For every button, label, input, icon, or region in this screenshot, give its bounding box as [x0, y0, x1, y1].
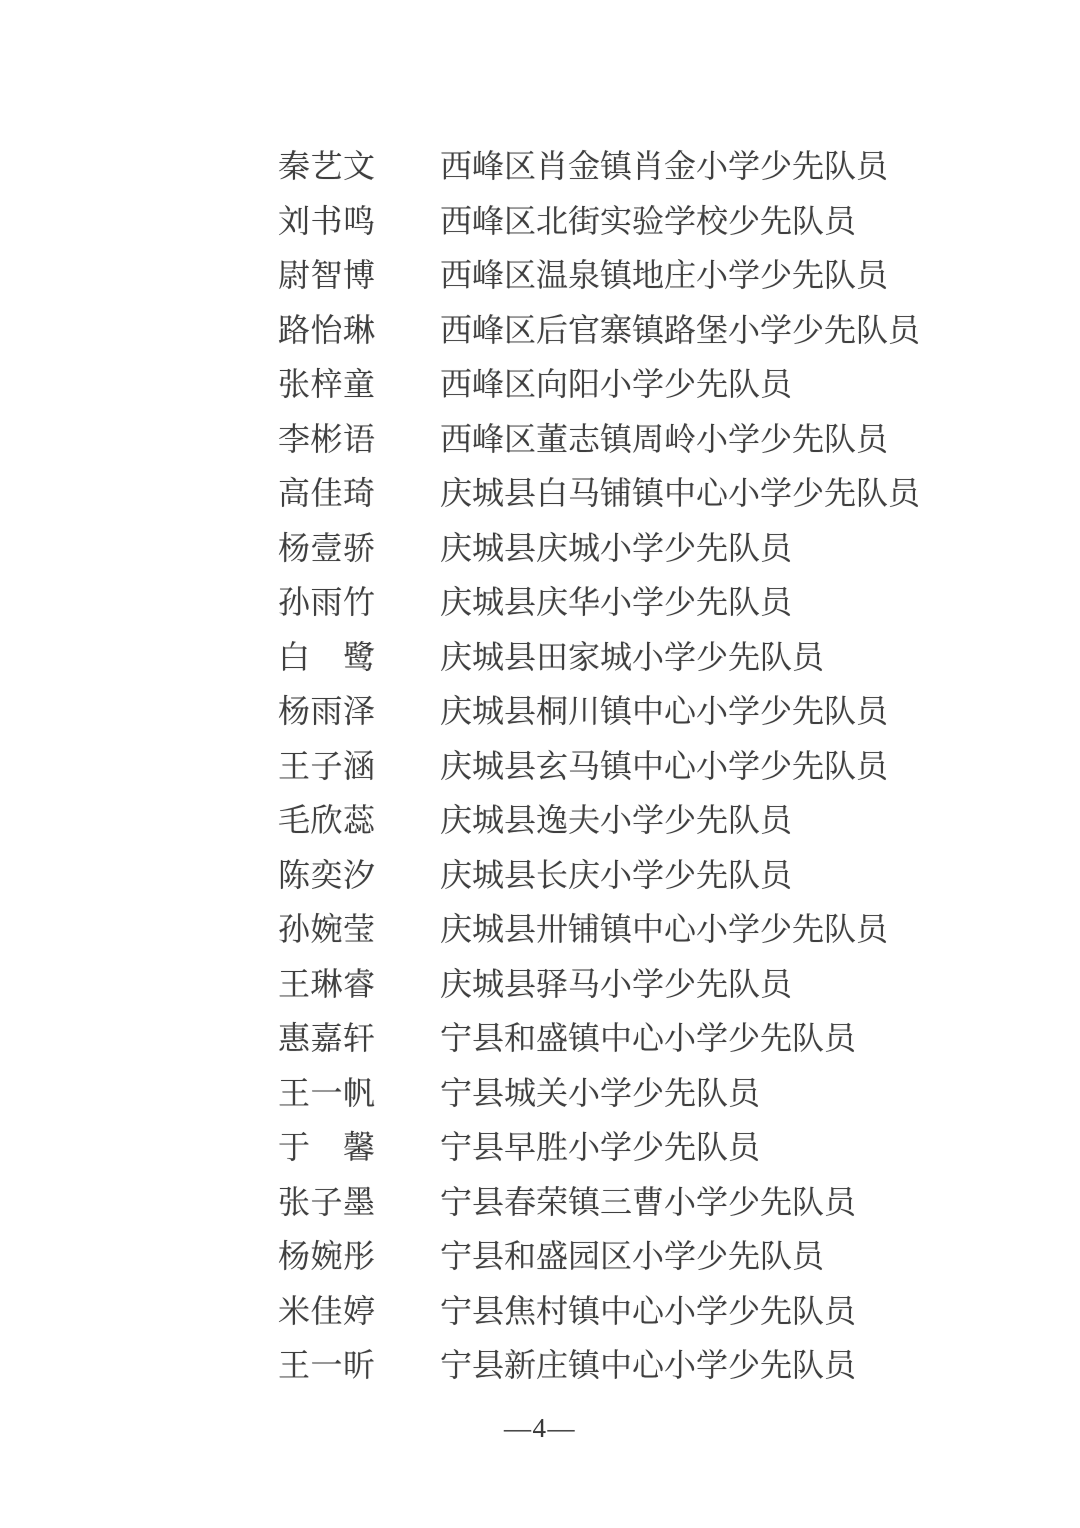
member-name: 孙雨竹 — [278, 586, 440, 618]
member-name: 王一帆 — [278, 1077, 440, 1109]
list-item: 于 馨宁县早胜小学少先队员 — [0, 1120, 1080, 1175]
list-item: 尉智博西峰区温泉镇地庄小学少先队员 — [0, 248, 1080, 303]
member-affiliation: 庆城县玄马镇中心小学少先队员 — [440, 750, 888, 782]
member-name: 张梓童 — [278, 368, 440, 400]
list-item: 王琳睿庆城县驿马小学少先队员 — [0, 957, 1080, 1012]
member-affiliation: 宁县春荣镇三曹小学少先队员 — [440, 1186, 856, 1218]
list-item: 毛欣蕊庆城县逸夫小学少先队员 — [0, 793, 1080, 848]
member-affiliation: 西峰区北街实验学校少先队员 — [440, 205, 856, 237]
member-affiliation: 庆城县庆城小学少先队员 — [440, 532, 792, 564]
list-item: 秦艺文西峰区肖金镇肖金小学少先队员 — [0, 139, 1080, 194]
list-item: 高佳琦庆城县白马铺镇中心小学少先队员 — [0, 466, 1080, 521]
member-name: 秦艺文 — [278, 150, 440, 182]
member-name: 毛欣蕊 — [278, 804, 440, 836]
list-item: 李彬语西峰区董志镇周岭小学少先队员 — [0, 412, 1080, 467]
member-affiliation: 庆城县驿马小学少先队员 — [440, 968, 792, 1000]
page-number-label: —4— — [504, 1413, 576, 1443]
member-affiliation: 庆城县田家城小学少先队员 — [440, 641, 824, 673]
member-affiliation: 庆城县桐川镇中心小学少先队员 — [440, 695, 888, 727]
member-name: 杨壹骄 — [278, 532, 440, 564]
list-item: 杨婉彤宁县和盛园区小学少先队员 — [0, 1229, 1080, 1284]
member-affiliation: 西峰区温泉镇地庄小学少先队员 — [440, 259, 888, 291]
member-affiliation: 庆城县卅铺镇中心小学少先队员 — [440, 913, 888, 945]
list-item: 刘书鸣西峰区北街实验学校少先队员 — [0, 194, 1080, 249]
member-name: 陈奕汐 — [278, 859, 440, 891]
member-affiliation: 西峰区后官寨镇路堡小学少先队员 — [440, 314, 920, 346]
list-item: 路怡琳西峰区后官寨镇路堡小学少先队员 — [0, 303, 1080, 358]
list-item: 孙雨竹庆城县庆华小学少先队员 — [0, 575, 1080, 630]
list-item: 陈奕汐庆城县长庆小学少先队员 — [0, 848, 1080, 903]
list-item: 惠嘉轩宁县和盛镇中心小学少先队员 — [0, 1011, 1080, 1066]
member-name: 白 鹭 — [278, 641, 440, 673]
list-item: 孙婉莹庆城县卅铺镇中心小学少先队员 — [0, 902, 1080, 957]
list-item: 张梓童西峰区向阳小学少先队员 — [0, 357, 1080, 412]
member-name: 杨雨泽 — [278, 695, 440, 727]
document-page: 秦艺文西峰区肖金镇肖金小学少先队员刘书鸣西峰区北街实验学校少先队员尉智博西峰区温… — [0, 0, 1080, 1528]
member-affiliation: 宁县和盛园区小学少先队员 — [440, 1240, 824, 1272]
list-item: 王子涵庆城县玄马镇中心小学少先队员 — [0, 739, 1080, 794]
member-affiliation: 西峰区董志镇周岭小学少先队员 — [440, 423, 888, 455]
list-item: 张子墨宁县春荣镇三曹小学少先队员 — [0, 1175, 1080, 1230]
list-item: 王一昕宁县新庄镇中心小学少先队员 — [0, 1338, 1080, 1393]
member-affiliation: 西峰区向阳小学少先队员 — [440, 368, 792, 400]
member-name: 孙婉莹 — [278, 913, 440, 945]
member-name: 米佳婷 — [278, 1295, 440, 1327]
list-item: 杨雨泽庆城县桐川镇中心小学少先队员 — [0, 684, 1080, 739]
member-name: 于 馨 — [278, 1131, 440, 1163]
member-name: 路怡琳 — [278, 314, 440, 346]
member-name: 王一昕 — [278, 1349, 440, 1381]
member-affiliation: 庆城县逸夫小学少先队员 — [440, 804, 792, 836]
member-affiliation: 庆城县长庆小学少先队员 — [440, 859, 792, 891]
list-item: 杨壹骄庆城县庆城小学少先队员 — [0, 521, 1080, 576]
member-affiliation: 西峰区肖金镇肖金小学少先队员 — [440, 150, 888, 182]
member-affiliation: 宁县新庄镇中心小学少先队员 — [440, 1349, 856, 1381]
member-name: 王琳睿 — [278, 968, 440, 1000]
member-name: 刘书鸣 — [278, 205, 440, 237]
roster-list: 秦艺文西峰区肖金镇肖金小学少先队员刘书鸣西峰区北街实验学校少先队员尉智博西峰区温… — [0, 139, 1080, 1393]
member-name: 张子墨 — [278, 1186, 440, 1218]
list-item: 米佳婷宁县焦村镇中心小学少先队员 — [0, 1284, 1080, 1339]
member-name: 杨婉彤 — [278, 1240, 440, 1272]
list-item: 王一帆宁县城关小学少先队员 — [0, 1066, 1080, 1121]
member-name: 王子涵 — [278, 750, 440, 782]
member-name: 高佳琦 — [278, 477, 440, 509]
member-affiliation: 庆城县庆华小学少先队员 — [440, 586, 792, 618]
list-item: 白 鹭庆城县田家城小学少先队员 — [0, 630, 1080, 685]
member-affiliation: 庆城县白马铺镇中心小学少先队员 — [440, 477, 920, 509]
member-affiliation: 宁县早胜小学少先队员 — [440, 1131, 760, 1163]
member-affiliation: 宁县和盛镇中心小学少先队员 — [440, 1022, 856, 1054]
member-name: 李彬语 — [278, 423, 440, 455]
member-affiliation: 宁县城关小学少先队员 — [440, 1077, 760, 1109]
member-affiliation: 宁县焦村镇中心小学少先队员 — [440, 1295, 856, 1327]
page-number: —4— — [0, 1413, 1080, 1444]
member-name: 尉智博 — [278, 259, 440, 291]
member-name: 惠嘉轩 — [278, 1022, 440, 1054]
